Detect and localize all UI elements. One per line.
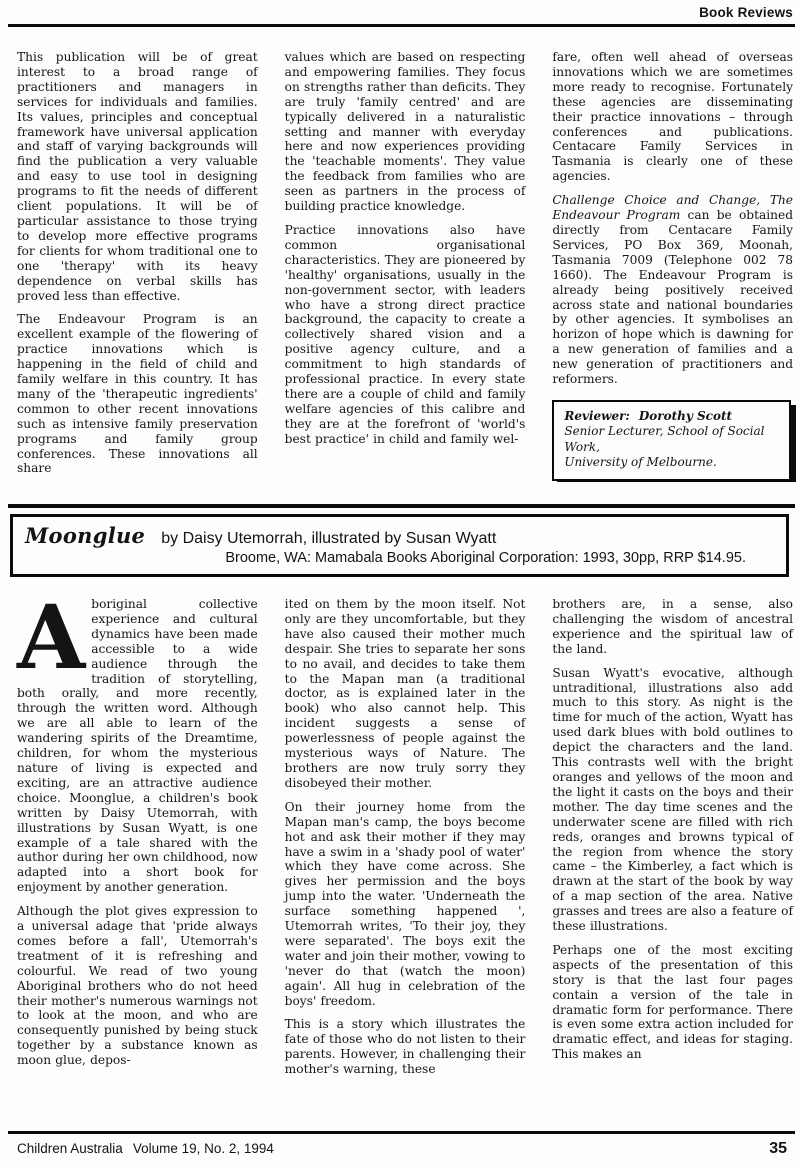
paragraph: brothers are, in a sense, also challengi… xyxy=(552,597,793,657)
drop-cap: A xyxy=(17,597,91,674)
review-moonglue: Aboriginal collective experience and cul… xyxy=(0,597,800,1127)
paragraph: values which are based on respecting and… xyxy=(285,50,526,214)
reviewer-name-line: Reviewer:Dorothy Scott xyxy=(564,409,779,425)
top-column-3: fare, often well ahead of overseas innov… xyxy=(552,50,793,482)
paragraph: This publication will be of great intere… xyxy=(17,50,258,303)
paragraph-with-book-title: Challenge Choice and Change, The Endeavo… xyxy=(552,193,793,387)
reviewer-name: Dorothy Scott xyxy=(639,409,732,423)
book-title: Moonglue xyxy=(25,523,145,548)
bottom-column-3: brothers are, in a sense, also challengi… xyxy=(552,597,793,1127)
bottom-column-2: ited on them by the moon itself. Not onl… xyxy=(285,597,526,1127)
reviewer-affiliation: University of Melbourne. xyxy=(564,455,779,471)
reviewer-box: Reviewer:Dorothy Scott Senior Lecturer, … xyxy=(552,400,791,481)
paragraph-text: can be obtained directly from Centacare … xyxy=(552,208,793,386)
section-divider-rule xyxy=(8,504,795,508)
footer-rule xyxy=(8,1131,795,1134)
paragraph: Perhaps one of the most exciting aspects… xyxy=(552,943,793,1062)
bottom-column-1: Aboriginal collective experience and cul… xyxy=(17,597,258,1127)
paragraph: On their journey home from the Mapan man… xyxy=(285,800,526,1009)
book-byline: by Daisy Utemorrah, illustrated by Susan… xyxy=(161,530,496,548)
reviewer-title: Senior Lecturer, School of Social Work, xyxy=(564,424,779,455)
paragraph: Susan Wyatt's evocative, although untrad… xyxy=(552,666,793,934)
book-banner: Moonglue by Daisy Utemorrah, illustrated… xyxy=(10,514,789,577)
reviewer-label: Reviewer: xyxy=(564,409,630,423)
book-banner-title-line: Moonglue by Daisy Utemorrah, illustrated… xyxy=(25,523,774,548)
paragraph: Although the plot gives expression to a … xyxy=(17,904,258,1068)
top-column-1: This publication will be of great intere… xyxy=(17,50,258,482)
header-rule xyxy=(8,24,795,27)
running-head-title: Book Reviews xyxy=(699,5,793,20)
journal-citation: Children AustraliaVolume 19, No. 2, 1994 xyxy=(17,1141,274,1156)
book-imprint: Broome, WA: Mamabala Books Aboriginal Co… xyxy=(25,550,774,566)
journal-issue: Volume 19, No. 2, 1994 xyxy=(133,1141,274,1156)
journal-page: Book Reviews This publication will be of… xyxy=(0,0,800,1168)
page-number: 35 xyxy=(769,1140,787,1158)
paragraph: fare, often well ahead of overseas innov… xyxy=(552,50,793,184)
journal-name: Children Australia xyxy=(17,1141,123,1156)
opening-paragraph: Aboriginal collective experience and cul… xyxy=(17,597,258,895)
page-footer: Children AustraliaVolume 19, No. 2, 1994… xyxy=(17,1140,787,1158)
paragraph: Practice innovations also have common or… xyxy=(285,223,526,447)
paragraph: The Endeavour Program is an excellent ex… xyxy=(17,312,258,476)
paragraph: ited on them by the moon itself. Not onl… xyxy=(285,597,526,791)
review-endeavour-continuation: This publication will be of great intere… xyxy=(0,50,800,482)
running-head: Book Reviews xyxy=(0,0,800,22)
top-column-2: values which are based on respecting and… xyxy=(285,50,526,482)
paragraph: This is a story which illustrates the fa… xyxy=(285,1017,526,1077)
